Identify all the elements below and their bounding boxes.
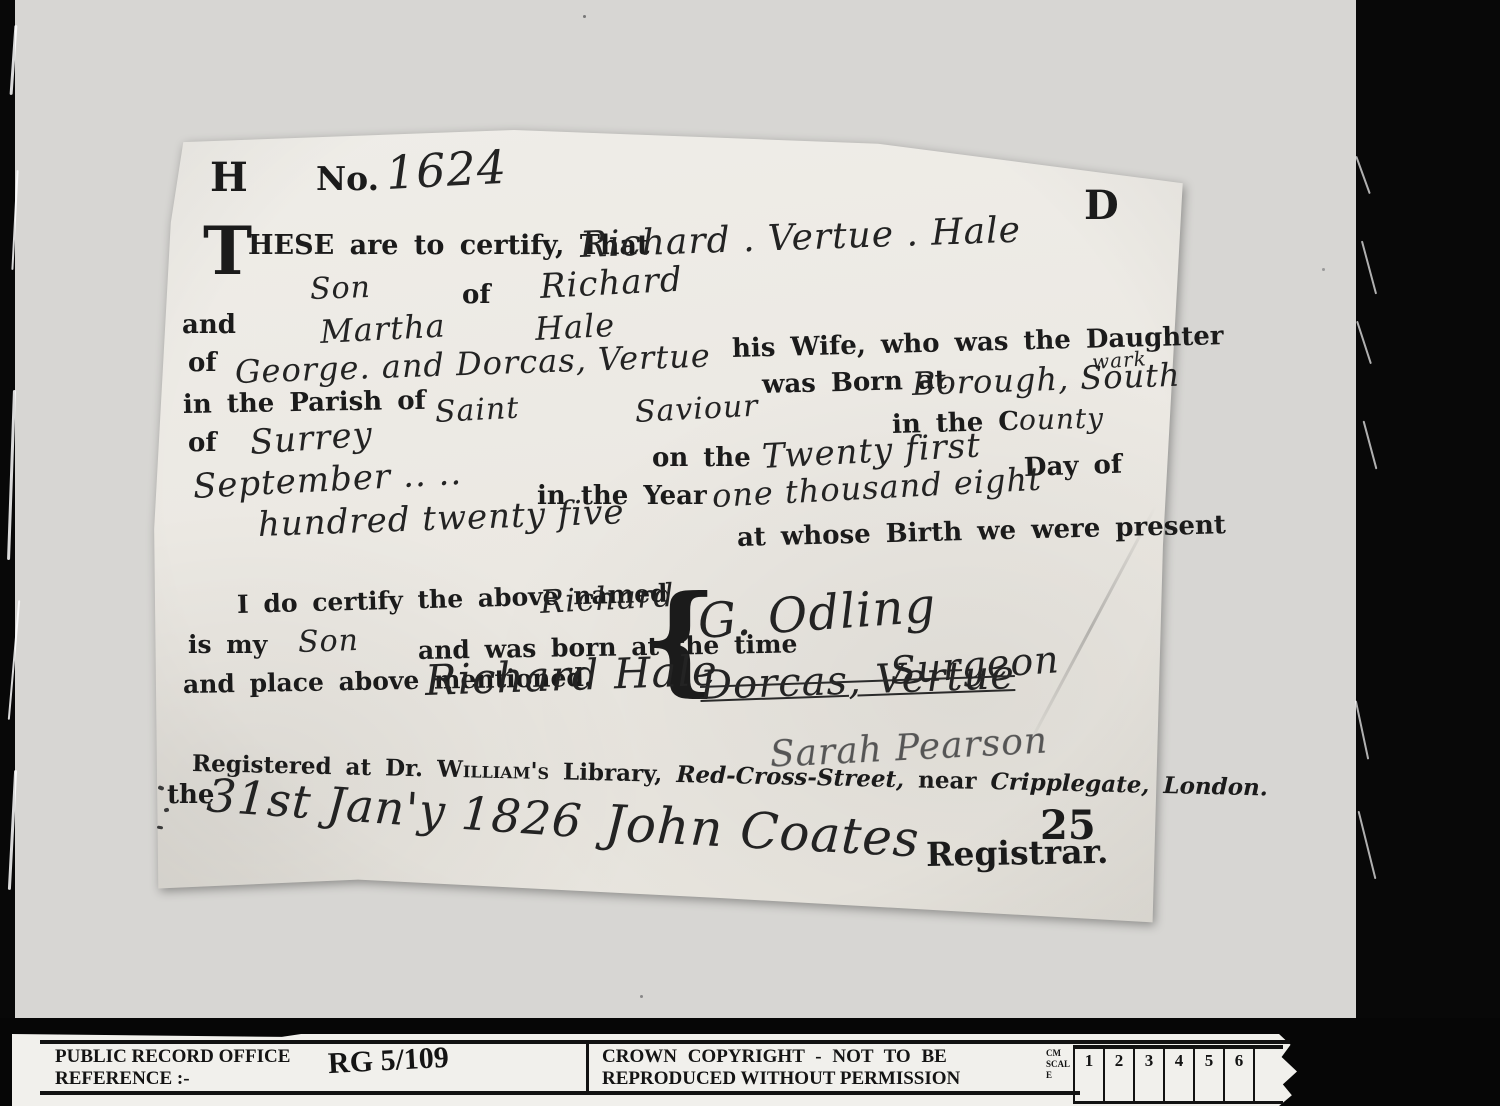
copyright-line1: CROWN COPYRIGHT - NOT TO BE (602, 1046, 947, 1068)
cm-scale-ruler: 1 2 3 4 5 6 (1073, 1045, 1283, 1104)
registered-library-name: William's (437, 756, 550, 786)
of-printed-2: of (188, 350, 217, 376)
microfilm-frame: H No. 1624 D T HESE are to certify, That… (0, 0, 1500, 1106)
strip-top-rule (40, 1040, 1290, 1044)
dust-speck (583, 15, 586, 18)
pro-office-line1: PUBLIC RECORD OFFICE (55, 1046, 290, 1068)
cm-label-l3: E (1046, 1070, 1070, 1081)
film-scratch (1361, 241, 1377, 295)
scale-cell: 3 (1133, 1049, 1163, 1101)
father-name: Richard (539, 263, 683, 304)
of-printed: of (462, 282, 491, 308)
registered-seg3: Library, (549, 758, 677, 788)
cm-scale-label: CMSCALE (1046, 1048, 1070, 1080)
parish-printed: in the Parish of (183, 388, 426, 418)
pro-office-line2: REFERENCE :- (55, 1068, 190, 1090)
film-scratch (1358, 811, 1377, 879)
cm-label-l1: CM (1046, 1048, 1070, 1059)
scale-cell (1253, 1049, 1283, 1101)
registered-seg5: near (904, 766, 991, 795)
parent-signature: Richard Hale (424, 650, 718, 702)
scale-cell: 6 (1223, 1049, 1253, 1101)
film-scratch (1356, 321, 1372, 364)
registrar-signature: John Coates (604, 798, 921, 864)
registrar-label: Registrar. (926, 835, 1109, 871)
film-scratch (1355, 156, 1371, 194)
form-letter-h: H (210, 158, 248, 198)
is-my-printed: is my (188, 632, 267, 657)
certificate-number: 1624 (385, 144, 508, 196)
film-scratch (1355, 700, 1369, 759)
on-the-printed: on the (652, 445, 751, 471)
dust-speck (640, 995, 643, 998)
form-letter-d: D (1084, 186, 1119, 226)
drop-cap-t: T (203, 218, 252, 284)
registered-cripplegate: Cripplegate, (990, 768, 1150, 799)
registered-street: Red-Cross-Street, (676, 761, 904, 793)
strip-bottom-rule (40, 1091, 1080, 1095)
registered-london: London. (1149, 772, 1268, 802)
copyright-line2: REPRODUCED WITHOUT PERMISSION (602, 1068, 960, 1090)
scale-cell: 2 (1103, 1049, 1133, 1101)
birthplace-superscript: wark (1091, 348, 1147, 372)
county-name: Surrey (249, 417, 374, 459)
of-printed-3: of (188, 430, 217, 456)
scale-cell: 5 (1193, 1049, 1223, 1101)
witness-title: Surgeon (889, 640, 1061, 690)
county-suffix-script: ounty (1019, 401, 1105, 436)
number-label: No. (316, 162, 379, 195)
cm-label-l2: SCAL (1046, 1059, 1070, 1070)
scale-cell: 4 (1163, 1049, 1193, 1101)
reference-code: RG 5/109 (327, 1041, 449, 1081)
parish-name-2: Saviour (634, 392, 759, 428)
son-word: Son (309, 273, 371, 305)
dust-speck (1322, 268, 1325, 271)
strip-divider (586, 1041, 589, 1092)
scale-cell: 1 (1073, 1049, 1103, 1101)
film-scratch (1363, 421, 1378, 470)
relation-word: Son (297, 626, 359, 658)
and-printed: and (182, 312, 236, 338)
mother-first-name: Martha (319, 309, 446, 348)
parish-name-1: Saint (434, 394, 520, 428)
